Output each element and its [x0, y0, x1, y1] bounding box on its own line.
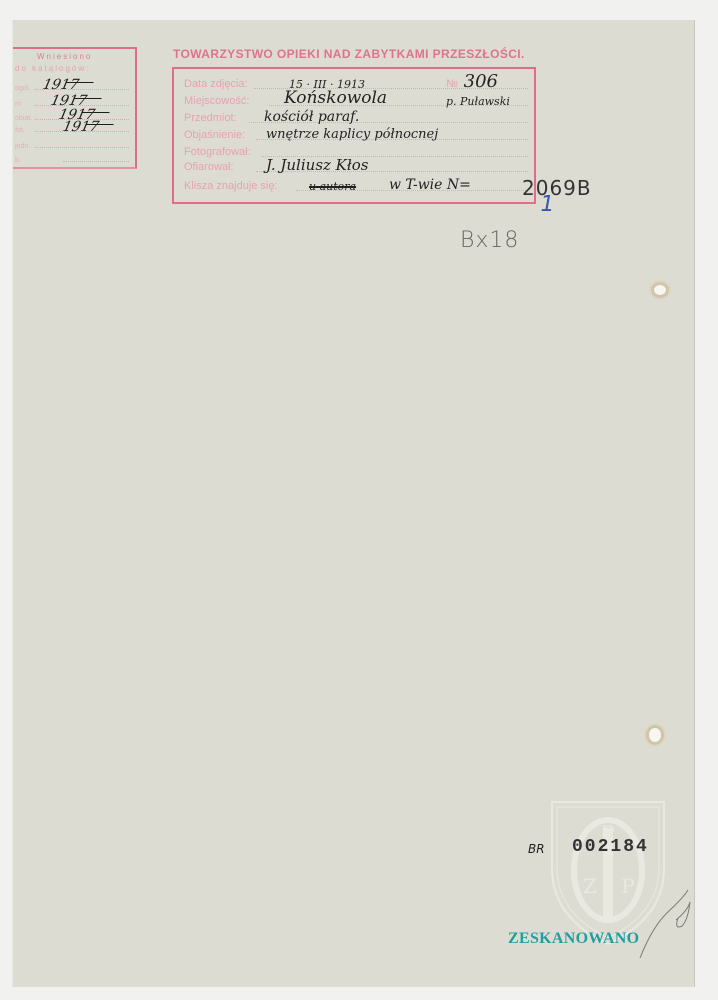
scanned-stamp: ZESKANOWANO	[508, 930, 639, 948]
catalog-entry-stamp: Wniesiono do katalogów: ogól. 1917 m. 19…	[13, 47, 137, 169]
catalog-stamp-subheader: do katalogów:	[15, 64, 90, 73]
photo-record-stamp: Data zdjęcia: 15 · III · 1913 № 306 Miej…	[172, 67, 536, 204]
br-label: BR	[528, 842, 545, 856]
box-mark: Bx18	[460, 228, 519, 253]
catalog-row: b.	[13, 151, 133, 165]
catalog-row: ogól. 1917	[13, 79, 133, 93]
punch-hole-bottom	[649, 728, 661, 742]
field-donor: Ofiarował: J. Juliusz Kłos	[184, 158, 528, 174]
field-subject: Przedmiot: kościół paraf.	[184, 109, 528, 125]
catalog-year: 1917	[41, 77, 80, 93]
location-value: Końskowola	[284, 88, 387, 108]
number-value: 306	[464, 71, 498, 92]
subject-value: kościół paraf.	[264, 109, 359, 125]
catalog-year: 1917	[61, 119, 100, 135]
field-plate-location: Klisza znajduje się: u autora w T-wie N=	[184, 177, 528, 193]
pencil-mark-icon	[638, 880, 698, 960]
catalog-row: jedn.	[13, 137, 133, 151]
svg-text:Z: Z	[583, 874, 597, 898]
field-location: Miejscowość: Końskowola p. Puławski	[184, 92, 528, 108]
number-label: №	[446, 78, 458, 90]
plate-location-value: w T-wie N=	[389, 177, 471, 193]
district-value: p. Puławski	[446, 95, 510, 108]
field-description: Objaśnienie: wnętrze kaplicy północnej	[184, 126, 528, 142]
plate-location-struck: u autora	[309, 180, 356, 193]
punch-hole-top	[654, 285, 666, 295]
society-title: TOWARZYSTWO OPIEKI NAD ZABYTKAMI PRZESZŁ…	[173, 47, 525, 61]
catalog-row: fot. 1917	[13, 121, 133, 135]
catalog-stamp-header: Wniesiono	[37, 52, 92, 61]
svg-text:P: P	[621, 874, 634, 898]
plate-number: 2069B	[522, 176, 592, 200]
blue-pencil-number: 1	[538, 192, 556, 217]
description-value: wnętrze kaplicy północnej	[266, 127, 438, 142]
accession-number: 002184	[572, 837, 649, 857]
catalog-card: Wniesiono do katalogów: ogól. 1917 m. 19…	[13, 20, 694, 987]
donor-value: J. Juliusz Kłos	[266, 156, 368, 174]
